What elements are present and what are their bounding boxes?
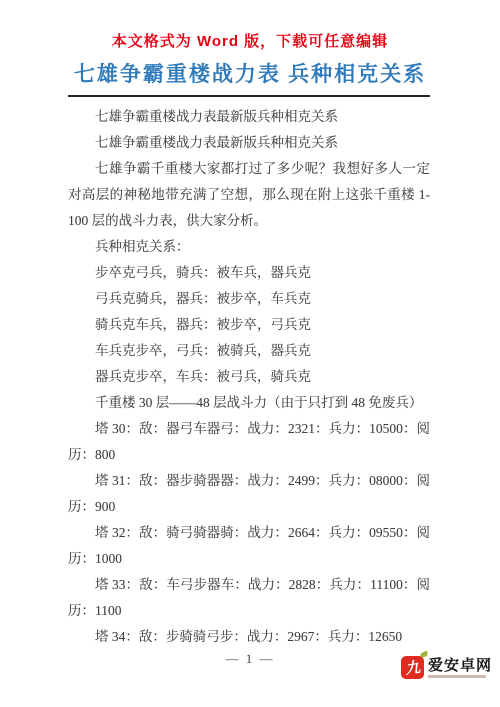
document-body: 七雄争霸重楼战力表最新版兵种相克关系 七雄争霸重楼战力表最新版兵种相克关系 七雄… — [0, 97, 500, 650]
paragraph: 七雄争霸重楼战力表最新版兵种相克关系 — [68, 130, 430, 156]
paragraph: 塔 30：敌：器弓车器弓：战力：2321：兵力：10500：阅历：800 — [68, 416, 430, 468]
paragraph: 步卒克弓兵，骑兵：被车兵，器兵克 — [68, 260, 430, 286]
paragraph: 骑兵克车兵，器兵：被步卒，弓兵克 — [68, 312, 430, 338]
logo-seal: 九 — [401, 656, 424, 679]
document-page: 本文格式为 Word 版，下载可任意编辑 七雄争霸重楼战力表 兵种相克关系 七雄… — [0, 0, 500, 707]
paragraph: 塔 32：敌：骑弓骑器骑：战力：2664：兵力：09550：阅历：1000 — [68, 520, 430, 572]
paragraph: 塔 34：敌：步骑骑弓步：战力：2967：兵力：12650 — [68, 624, 430, 650]
header-notice: 本文格式为 Word 版，下载可任意编辑 — [0, 30, 500, 51]
page-title: 七雄争霸重楼战力表 兵种相克关系 — [0, 58, 500, 88]
logo-tagline-line — [428, 675, 486, 678]
logo-name: 爱安卓网 — [428, 658, 492, 673]
paragraph: 器兵克步卒，车兵：被弓兵，骑兵克 — [68, 364, 430, 390]
paragraph: 七雄争霸重楼战力表最新版兵种相克关系 — [68, 104, 430, 130]
paragraph: 弓兵克骑兵，器兵：被步卒，车兵克 — [68, 286, 430, 312]
seal-glyph: 九 — [404, 656, 422, 679]
paragraph: 七雄争霸千重楼大家都打过了多少呢？我想好多人一定对高层的神秘地带充满了空想，那么… — [68, 156, 430, 234]
paragraph: 塔 31：敌：器步骑器器：战力：2499：兵力：08000：阅历：900 — [68, 468, 430, 520]
paragraph: 塔 33：敌：车弓步器车：战力：2828：兵力：11100：阅历：1100 — [68, 572, 430, 624]
site-logo: 九 爱安卓网 — [401, 656, 492, 679]
logo-text-column: 爱安卓网 — [428, 658, 492, 678]
paragraph: 车兵克步卒，弓兵：被骑兵，器兵克 — [68, 338, 430, 364]
paragraph: 兵种相克关系： — [68, 234, 430, 260]
paragraph: 千重楼 30 层——48 层战斗力（由于只打到 48 免废兵） — [68, 390, 430, 416]
